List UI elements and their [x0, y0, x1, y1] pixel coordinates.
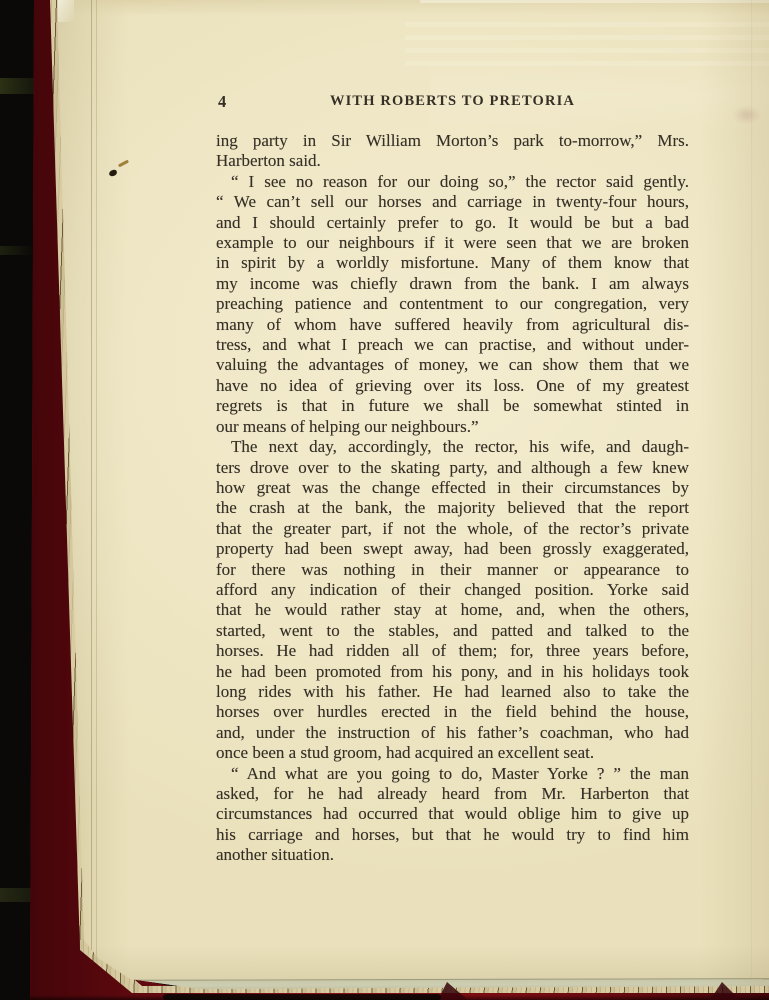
text-line: ters drove over to the skating party, an…	[216, 458, 689, 478]
ink-smear	[118, 160, 129, 168]
text-line: my income was chiefly drawn from the ban…	[216, 274, 689, 294]
text-line: in spirit by a worldly misfortune. Many …	[216, 253, 689, 273]
text-line: once been a stud groom, had acquired an …	[216, 743, 689, 763]
running-title: WITH ROBERTS TO PRETORIA	[216, 92, 689, 110]
bottom-shadow	[163, 994, 441, 1000]
ink-speck	[108, 169, 117, 177]
text-line: The next day, accordingly, the rector, h…	[216, 437, 689, 457]
page-curve-line	[751, 0, 753, 982]
paragraph: “ And what are you going to do, Master Y…	[216, 764, 689, 866]
text-line: “ We can’t sell our horses and carriage …	[216, 192, 689, 212]
text-line: for there was nothing in their manner or…	[216, 560, 689, 580]
text-line: Harberton said.	[216, 151, 689, 171]
text-line: regrets is that in future we shall be so…	[216, 396, 689, 416]
text-line: preaching patience and contentment to ou…	[216, 294, 689, 314]
paper-smudge	[733, 106, 761, 124]
text-line: have no idea of grieving over its loss. …	[216, 376, 689, 396]
text-line: horses over hurdles erected in the field…	[216, 702, 689, 722]
page-crease-line	[96, 0, 97, 978]
text-line: that he would rather stay at home, and, …	[216, 600, 689, 620]
text-line: he had been promoted from his pony, and …	[216, 662, 689, 682]
page-top-edge-highlight	[420, 0, 769, 3]
text-line: that the greater part, if not the whole,…	[216, 519, 689, 539]
text-line: his carriage and horses, but that he wou…	[216, 825, 689, 845]
text-line: long rides with his father. He had learn…	[216, 682, 689, 702]
text-line: horses. He had ridden all of them; for, …	[216, 641, 689, 661]
text-line: started, went to the stables, and patted…	[216, 621, 689, 641]
text-block: ing party in Sir William Morton’s park t…	[216, 131, 689, 866]
text-line: and I should certainly prefer to go. It …	[216, 213, 689, 233]
text-line: tress, and what I preach we can practise…	[216, 335, 689, 355]
text-line: many of whom have suffered heavily from …	[216, 315, 689, 335]
page-header: 4 WITH ROBERTS TO PRETORIA	[216, 92, 689, 112]
text-line: afford any indication of their changed p…	[216, 580, 689, 600]
paragraph: The next day, accordingly, the rector, h…	[216, 437, 689, 764]
text-line: property had been swept away, had been g…	[216, 539, 689, 559]
text-line: asked, for he had already heard from Mr.…	[216, 784, 689, 804]
text-line: “ And what are you going to do, Master Y…	[216, 764, 689, 784]
page-number: 4	[218, 92, 226, 112]
text-line: the crash at the bank, the majority beli…	[216, 498, 689, 518]
text-line: how great was the change effected in the…	[216, 478, 689, 498]
text-line: valuing the advantages of money, we can …	[216, 355, 689, 375]
scanned-book-photo: 4 WITH ROBERTS TO PRETORIA ing party in …	[0, 0, 769, 1000]
page-crease-line	[91, 0, 92, 978]
background-streak	[0, 246, 34, 255]
paragraph: ing party in Sir William Morton’s park t…	[216, 131, 689, 172]
text-line: our means of helping our neighbours.”	[216, 417, 689, 437]
text-line: “ I see no reason for our doing so,” the…	[216, 172, 689, 192]
book-page: 4 WITH ROBERTS TO PRETORIA ing party in …	[0, 0, 769, 1000]
text-line: another situation.	[216, 845, 689, 865]
text-line: ing party in Sir William Morton’s park t…	[216, 131, 689, 151]
text-line: and, under the instruction of his father…	[216, 723, 689, 743]
paragraph: “ I see no reason for our doing so,” the…	[216, 172, 689, 437]
text-line: circumstances had occurred that would ob…	[216, 804, 689, 824]
text-line: example to our neighbours if it were see…	[216, 233, 689, 253]
page-corner-highlight	[58, 0, 74, 22]
